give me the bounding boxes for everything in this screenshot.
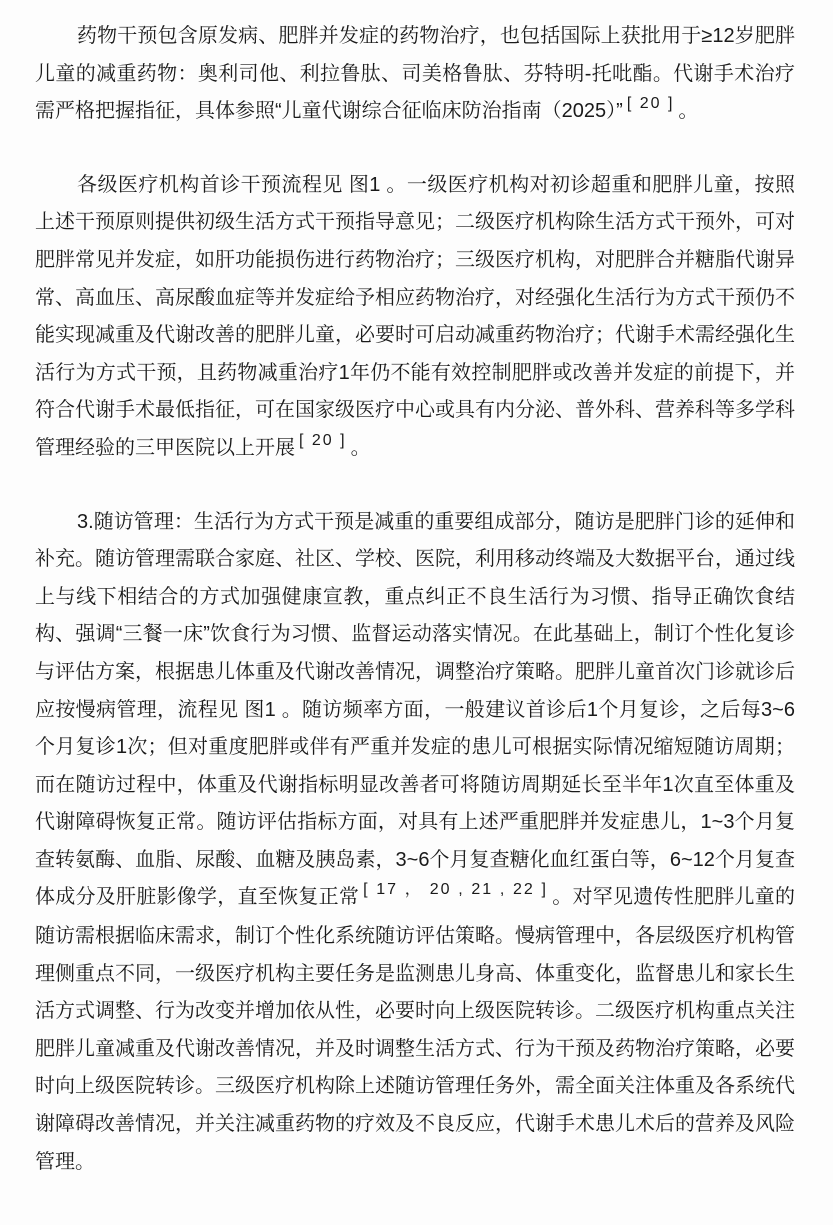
citation-ref[interactable]: [ 17 ， 20 , 21 , 22 ] [359,881,552,898]
article-page: { "page": { "background": "#fdfdfd", "te… [0,0,833,1225]
citation-ref[interactable]: [ 20 ] [295,432,351,449]
text-run: 3.随访管理：生活行为方式干预是减重的重要组成部分，随访是肥胖门诊的延伸和补充。… [35,511,795,909]
text-run: 。 [351,437,371,459]
article-body: 药物干预包含原发病、肥胖并发症的药物治疗，也包括国际上获批用于≥12岁肥胖儿童的… [0,0,833,1211]
citation-ref[interactable]: [ 20 ] [623,95,679,112]
paragraph-tiered-care-first-visit-flow: 各级医疗机构首诊干预流程见 图1 。一级医疗机构对初诊超重和肥胖儿童，按照上述干… [35,167,795,469]
text-run: 。对罕见遗传性肥胖儿童的随访需根据临床需求，制订个性化系统随访评估策略。慢病管理… [35,886,795,1172]
text-run: 各级医疗机构首诊干预流程见 图1 。一级医疗机构对初诊超重和肥胖儿童，按照上述干… [35,174,795,459]
paragraph-drug-intervention: 药物干预包含原发病、肥胖并发症的药物治疗，也包括国际上获批用于≥12岁肥胖儿童的… [35,18,795,132]
paragraph-followup-management: 3.随访管理：生活行为方式干预是减重的重要组成部分，随访是肥胖门诊的延伸和补充。… [35,504,795,1182]
text-run: 。 [678,100,698,122]
